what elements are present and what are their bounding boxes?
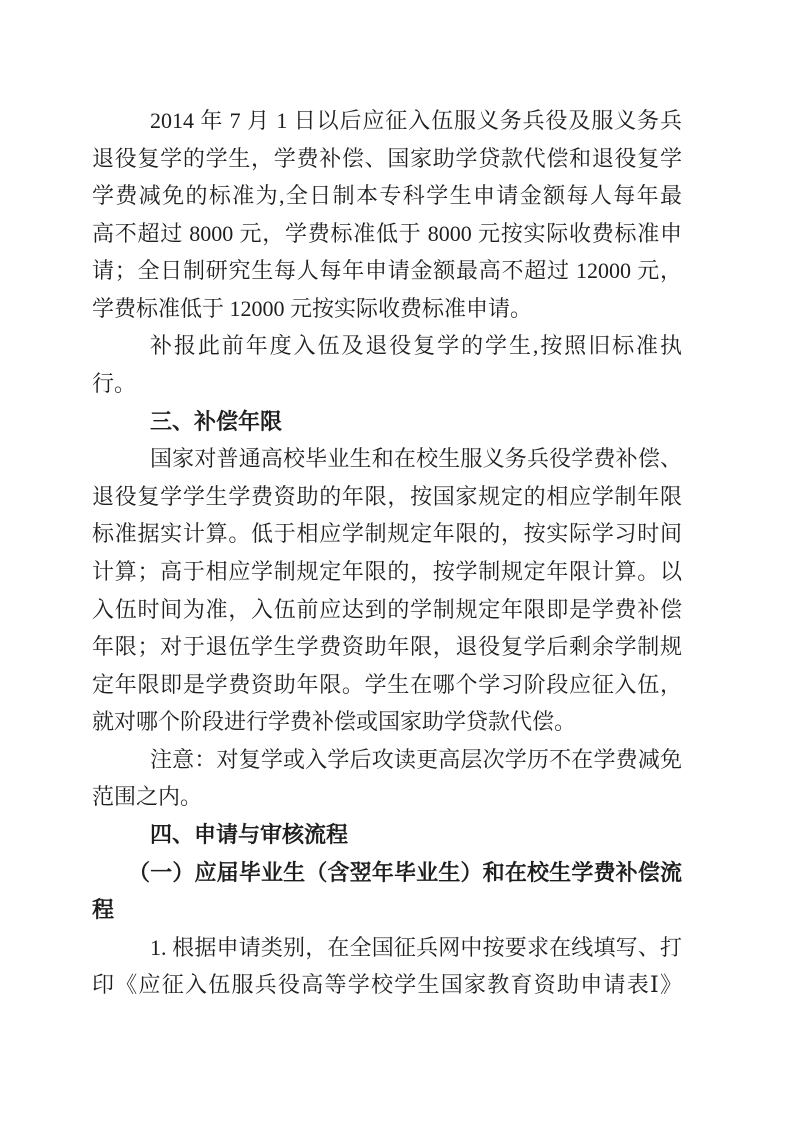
paragraph: 国家对普通高校毕业生和在校生服义务兵役学费补偿、退役复学学生学费资助的年限，按国… [92, 440, 682, 741]
text-line: 注意：对复学或入学后攻读更高层次学历不在学费减免 [92, 741, 682, 779]
text-line: 程 [92, 891, 682, 929]
text-line: 请；全日制研究生每人每年申请金额最高不超过 12000 元， [92, 252, 682, 290]
paragraph: 2014 年 7 月 1 日以后应征入伍服义务兵役及服义务兵役退役复学的学生，学… [92, 102, 682, 327]
document-text: 2014 年 7 月 1 日以后应征入伍服义务兵役及服义务兵役退役复学的学生，学… [92, 102, 682, 1004]
text-line: 退役复学学生学费资助的年限，按国家规定的相应学制年限 [92, 478, 682, 516]
text-line: 定年限即是学费资助年限。学生在哪个学习阶段应征入伍， [92, 666, 682, 704]
text-line: 高不超过 8000 元，学费标准低于 8000 元按实际收费标准申 [92, 215, 682, 253]
text-line: （一）应届毕业生（含翌年毕业生）和在校生学费补偿流 [92, 854, 682, 892]
text-line: 标准据实计算。低于相应学制规定年限的，按实际学习时间 [92, 515, 682, 553]
text-line: 国家对普通高校毕业生和在校生服义务兵役学费补偿、 [92, 440, 682, 478]
text-line: 印《应征入伍服兵役高等学校学生国家教育资助申请表Ⅰ》 [92, 966, 682, 1004]
text-line: 计算；高于相应学制规定年限的，按学制规定年限计算。以 [92, 553, 682, 591]
text-line: 1. 根据申请类别，在全国征兵网中按要求在线填写、打 [92, 929, 682, 967]
paragraph: 1. 根据申请类别，在全国征兵网中按要求在线填写、打印《应征入伍服兵役高等学校学… [92, 929, 682, 1004]
text-line: 就对哪个阶段进行学费补偿或国家助学贷款代偿。 [92, 703, 682, 741]
paragraph: 注意：对复学或入学后攻读更高层次学历不在学费减免范围之内。 [92, 741, 682, 816]
document-page: 2014 年 7 月 1 日以后应征入伍服义务兵役及服义务兵役退役复学的学生，学… [0, 0, 793, 1122]
text-line: 四、申请与审核流程 [92, 816, 682, 854]
text-line: 范围之内。 [92, 778, 682, 816]
text-line: 退役复学的学生，学费补偿、国家助学贷款代偿和退役复学 [92, 140, 682, 178]
text-line: 入伍时间为准，入伍前应达到的学制规定年限即是学费补偿 [92, 591, 682, 629]
text-line: 行。 [92, 365, 682, 403]
text-line: 2014 年 7 月 1 日以后应征入伍服义务兵役及服义务兵役 [92, 102, 682, 140]
text-line: 补报此前年度入伍及退役复学的学生,按照旧标准执 [92, 327, 682, 365]
text-line: 学费减免的标准为,全日制本专科学生申请金额每人每年最 [92, 177, 682, 215]
section-heading: （一）应届毕业生（含翌年毕业生）和在校生学费补偿流程 [92, 854, 682, 929]
text-line: 三、补偿年限 [92, 403, 682, 441]
section-heading: 四、申请与审核流程 [92, 816, 682, 854]
text-line: 学费标准低于 12000 元按实际收费标准申请。 [92, 290, 682, 328]
section-heading: 三、补偿年限 [92, 403, 682, 441]
paragraph: 补报此前年度入伍及退役复学的学生,按照旧标准执行。 [92, 327, 682, 402]
text-line: 年限；对于退伍学生学费资助年限，退役复学后剩余学制规 [92, 628, 682, 666]
